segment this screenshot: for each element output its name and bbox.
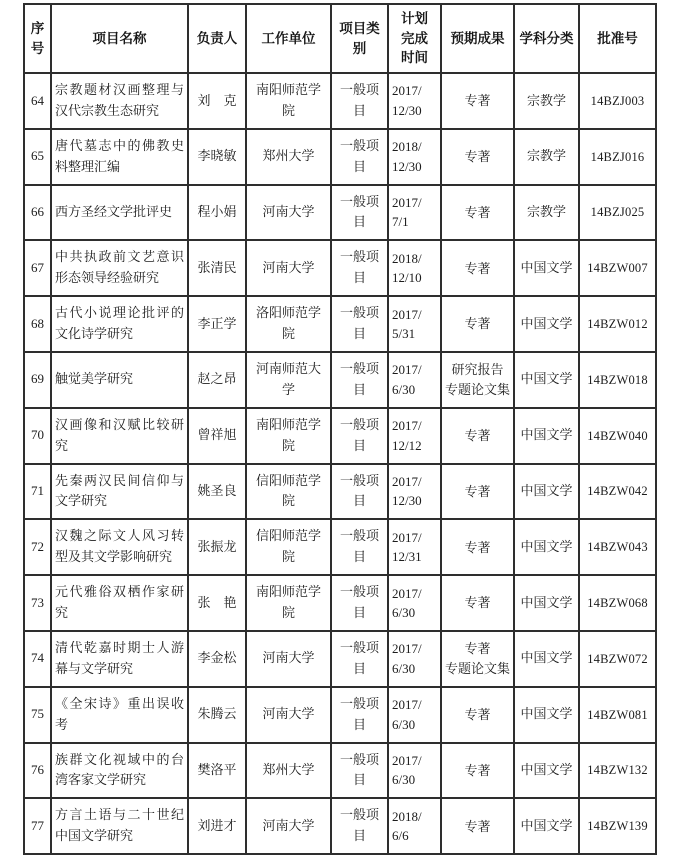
- column-header-no: 序号: [24, 4, 51, 73]
- table-row: 75《全宋诗》重出误收考朱腾云河南大学一般项目2017/ 6/30专著中国文学1…: [24, 687, 656, 743]
- cell-time: 2018/ 12/10: [388, 240, 441, 296]
- cell-time: 2017/ 6/30: [388, 631, 441, 687]
- cell-name: 宗教题材汉画整理与汉代宗教生态研究: [51, 73, 188, 129]
- cell-leader: 李金松: [188, 631, 246, 687]
- cell-leader: 张清民: [188, 240, 246, 296]
- table-row: 73元代雅俗双栖作家研究张 艳南阳师范学院一般项目2017/ 6/30专著中国文…: [24, 575, 656, 631]
- cell-grant: 14BZW018: [579, 352, 656, 408]
- cell-no: 74: [24, 631, 51, 687]
- cell-outcome: 专著: [441, 129, 514, 185]
- cell-time: 2017/ 6/30: [388, 687, 441, 743]
- cell-time: 2017/ 7/1: [388, 185, 441, 241]
- cell-name: 《全宋诗》重出误收考: [51, 687, 188, 743]
- cell-discipline: 中国文学: [514, 408, 579, 464]
- cell-unit: 洛阳师范学院: [246, 296, 331, 352]
- cell-unit: 河南大学: [246, 687, 331, 743]
- cell-name: 中共执政前文艺意识形态领导经验研究: [51, 240, 188, 296]
- document-sheet: 序号项目名称负责人工作单位项目类别计划 完成 时间预期成果学科分类批准号 64宗…: [0, 0, 673, 866]
- cell-type: 一般项目: [331, 240, 388, 296]
- cell-no: 77: [24, 798, 51, 854]
- cell-name: 族群文化视域中的台湾客家文学研究: [51, 743, 188, 799]
- column-header-type: 项目类别: [331, 4, 388, 73]
- cell-discipline: 中国文学: [514, 631, 579, 687]
- cell-type: 一般项目: [331, 296, 388, 352]
- table-row: 69触觉美学研究赵之昂河南师范大学一般项目2017/ 6/30研究报告 专题论文…: [24, 352, 656, 408]
- cell-grant: 14BZW040: [579, 408, 656, 464]
- cell-name: 古代小说理论批评的文化诗学研究: [51, 296, 188, 352]
- column-header-time: 计划 完成 时间: [388, 4, 441, 73]
- table-row: 76族群文化视域中的台湾客家文学研究樊洛平郑州大学一般项目2017/ 6/30专…: [24, 743, 656, 799]
- table-row: 77方言土语与二十世纪中国文学研究刘进才河南大学一般项目2018/ 6/6专著中…: [24, 798, 656, 854]
- cell-time: 2017/ 12/30: [388, 73, 441, 129]
- cell-outcome: 研究报告 专题论文集: [441, 352, 514, 408]
- table-row: 71先秦两汉民间信仰与文学研究姚圣良信阳师范学院一般项目2017/ 12/30专…: [24, 464, 656, 520]
- cell-outcome: 专著: [441, 240, 514, 296]
- cell-outcome: 专著: [441, 575, 514, 631]
- cell-unit: 河南大学: [246, 631, 331, 687]
- cell-leader: 张振龙: [188, 519, 246, 575]
- cell-type: 一般项目: [331, 798, 388, 854]
- cell-name: 唐代墓志中的佛教史料整理汇编: [51, 129, 188, 185]
- cell-outcome: 专著: [441, 408, 514, 464]
- cell-type: 一般项目: [331, 408, 388, 464]
- cell-no: 73: [24, 575, 51, 631]
- cell-name: 汉画像和汉赋比较研究: [51, 408, 188, 464]
- cell-no: 70: [24, 408, 51, 464]
- cell-grant: 14BZW072: [579, 631, 656, 687]
- cell-name: 西方圣经文学批评史: [51, 185, 188, 241]
- table-row: 65唐代墓志中的佛教史料整理汇编李晓敏郑州大学一般项目2018/ 12/30专著…: [24, 129, 656, 185]
- cell-time: 2018/ 6/6: [388, 798, 441, 854]
- cell-grant: 14BZW081: [579, 687, 656, 743]
- cell-grant: 14BZW042: [579, 464, 656, 520]
- cell-outcome: 专著 专题论文集: [441, 631, 514, 687]
- cell-discipline: 宗教学: [514, 129, 579, 185]
- cell-outcome: 专著: [441, 296, 514, 352]
- cell-no: 67: [24, 240, 51, 296]
- cell-unit: 郑州大学: [246, 129, 331, 185]
- table-body: 64宗教题材汉画整理与汉代宗教生态研究刘 克南阳师范学院一般项目2017/ 12…: [24, 73, 656, 854]
- cell-grant: 14BZJ025: [579, 185, 656, 241]
- cell-grant: 14BZW132: [579, 743, 656, 799]
- cell-discipline: 中国文学: [514, 687, 579, 743]
- cell-leader: 姚圣良: [188, 464, 246, 520]
- cell-unit: 河南大学: [246, 798, 331, 854]
- column-header-leader: 负责人: [188, 4, 246, 73]
- cell-discipline: 中国文学: [514, 240, 579, 296]
- cell-time: 2017/ 12/31: [388, 519, 441, 575]
- cell-grant: 14BZW068: [579, 575, 656, 631]
- cell-leader: 刘 克: [188, 73, 246, 129]
- cell-leader: 程小娟: [188, 185, 246, 241]
- cell-no: 64: [24, 73, 51, 129]
- cell-leader: 朱腾云: [188, 687, 246, 743]
- cell-discipline: 中国文学: [514, 798, 579, 854]
- cell-grant: 14BZW007: [579, 240, 656, 296]
- column-header-grant: 批准号: [579, 4, 656, 73]
- cell-type: 一般项目: [331, 185, 388, 241]
- projects-table: 序号项目名称负责人工作单位项目类别计划 完成 时间预期成果学科分类批准号 64宗…: [23, 3, 657, 855]
- cell-grant: 14BZJ003: [579, 73, 656, 129]
- cell-leader: 李晓敏: [188, 129, 246, 185]
- cell-no: 66: [24, 185, 51, 241]
- cell-leader: 李正学: [188, 296, 246, 352]
- cell-type: 一般项目: [331, 352, 388, 408]
- cell-no: 72: [24, 519, 51, 575]
- cell-grant: 14BZJ016: [579, 129, 656, 185]
- cell-outcome: 专著: [441, 73, 514, 129]
- table-header-row: 序号项目名称负责人工作单位项目类别计划 完成 时间预期成果学科分类批准号: [24, 4, 656, 73]
- table-row: 67中共执政前文艺意识形态领导经验研究张清民河南大学一般项目2018/ 12/1…: [24, 240, 656, 296]
- cell-no: 71: [24, 464, 51, 520]
- cell-type: 一般项目: [331, 687, 388, 743]
- cell-outcome: 专著: [441, 519, 514, 575]
- cell-outcome: 专著: [441, 798, 514, 854]
- cell-outcome: 专著: [441, 743, 514, 799]
- cell-type: 一般项目: [331, 73, 388, 129]
- cell-no: 68: [24, 296, 51, 352]
- cell-unit: 河南大学: [246, 185, 331, 241]
- cell-time: 2018/ 12/30: [388, 129, 441, 185]
- cell-type: 一般项目: [331, 464, 388, 520]
- cell-unit: 信阳师范学院: [246, 464, 331, 520]
- table-row: 66西方圣经文学批评史程小娟河南大学一般项目2017/ 7/1专著宗教学14BZ…: [24, 185, 656, 241]
- table-header: 序号项目名称负责人工作单位项目类别计划 完成 时间预期成果学科分类批准号: [24, 4, 656, 73]
- cell-no: 65: [24, 129, 51, 185]
- cell-discipline: 中国文学: [514, 519, 579, 575]
- cell-outcome: 专著: [441, 687, 514, 743]
- column-header-name: 项目名称: [51, 4, 188, 73]
- column-header-discipline: 学科分类: [514, 4, 579, 73]
- table-row: 70汉画像和汉赋比较研究曾祥旭南阳师范学院一般项目2017/ 12/12专著中国…: [24, 408, 656, 464]
- cell-unit: 信阳师范学院: [246, 519, 331, 575]
- cell-time: 2017/ 12/30: [388, 464, 441, 520]
- cell-leader: 樊洛平: [188, 743, 246, 799]
- cell-name: 方言土语与二十世纪中国文学研究: [51, 798, 188, 854]
- cell-leader: 赵之昂: [188, 352, 246, 408]
- cell-type: 一般项目: [331, 631, 388, 687]
- cell-unit: 郑州大学: [246, 743, 331, 799]
- cell-unit: 河南大学: [246, 240, 331, 296]
- cell-type: 一般项目: [331, 519, 388, 575]
- cell-name: 元代雅俗双栖作家研究: [51, 575, 188, 631]
- cell-name: 汉魏之际文人风习转型及其文学影响研究: [51, 519, 188, 575]
- cell-time: 2017/ 6/30: [388, 743, 441, 799]
- cell-name: 清代乾嘉时期士人游幕与文学研究: [51, 631, 188, 687]
- cell-time: 2017/ 5/31: [388, 296, 441, 352]
- cell-unit: 河南师范大学: [246, 352, 331, 408]
- column-header-outcome: 预期成果: [441, 4, 514, 73]
- cell-discipline: 中国文学: [514, 575, 579, 631]
- cell-outcome: 专著: [441, 185, 514, 241]
- table-row: 64宗教题材汉画整理与汉代宗教生态研究刘 克南阳师范学院一般项目2017/ 12…: [24, 73, 656, 129]
- cell-grant: 14BZW139: [579, 798, 656, 854]
- table-row: 74清代乾嘉时期士人游幕与文学研究李金松河南大学一般项目2017/ 6/30专著…: [24, 631, 656, 687]
- cell-name: 先秦两汉民间信仰与文学研究: [51, 464, 188, 520]
- cell-discipline: 中国文学: [514, 743, 579, 799]
- cell-name: 触觉美学研究: [51, 352, 188, 408]
- table-row: 72汉魏之际文人风习转型及其文学影响研究张振龙信阳师范学院一般项目2017/ 1…: [24, 519, 656, 575]
- cell-leader: 张 艳: [188, 575, 246, 631]
- cell-discipline: 宗教学: [514, 73, 579, 129]
- cell-leader: 刘进才: [188, 798, 246, 854]
- cell-grant: 14BZW043: [579, 519, 656, 575]
- cell-type: 一般项目: [331, 743, 388, 799]
- cell-type: 一般项目: [331, 575, 388, 631]
- cell-outcome: 专著: [441, 464, 514, 520]
- cell-unit: 南阳师范学院: [246, 575, 331, 631]
- cell-time: 2017/ 6/30: [388, 575, 441, 631]
- cell-type: 一般项目: [331, 129, 388, 185]
- cell-discipline: 中国文学: [514, 296, 579, 352]
- cell-discipline: 中国文学: [514, 352, 579, 408]
- table-row: 68古代小说理论批评的文化诗学研究李正学洛阳师范学院一般项目2017/ 5/31…: [24, 296, 656, 352]
- cell-time: 2017/ 12/12: [388, 408, 441, 464]
- cell-unit: 南阳师范学院: [246, 408, 331, 464]
- cell-leader: 曾祥旭: [188, 408, 246, 464]
- cell-time: 2017/ 6/30: [388, 352, 441, 408]
- cell-no: 75: [24, 687, 51, 743]
- column-header-unit: 工作单位: [246, 4, 331, 73]
- cell-unit: 南阳师范学院: [246, 73, 331, 129]
- cell-discipline: 宗教学: [514, 185, 579, 241]
- cell-no: 76: [24, 743, 51, 799]
- cell-grant: 14BZW012: [579, 296, 656, 352]
- cell-no: 69: [24, 352, 51, 408]
- cell-discipline: 中国文学: [514, 464, 579, 520]
